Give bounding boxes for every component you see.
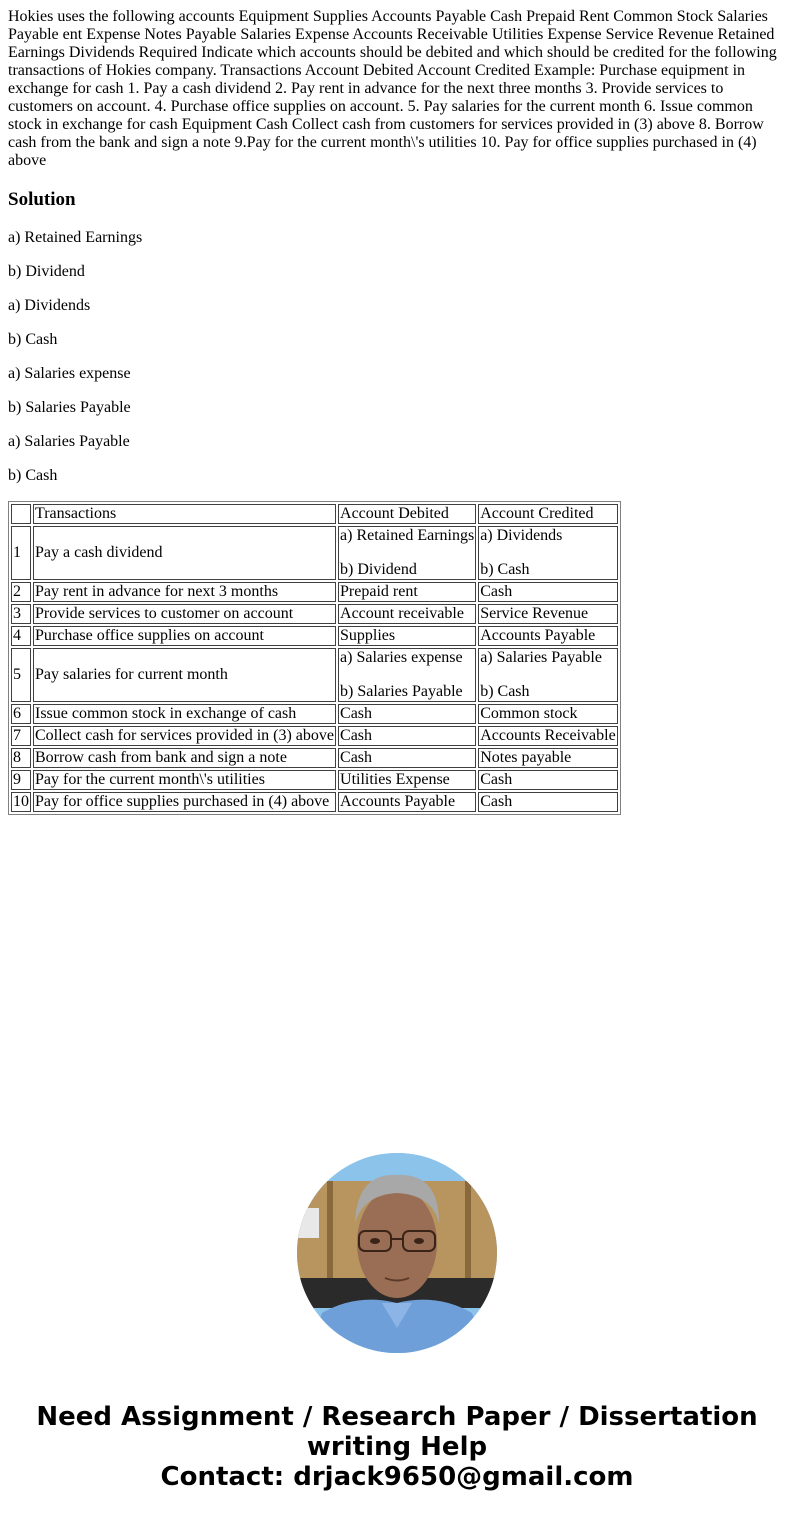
account-debited-cell: Cash bbox=[338, 726, 476, 746]
solution-line: b) Cash bbox=[8, 467, 786, 485]
solution-line: a) Retained Earnings bbox=[8, 229, 786, 247]
row-number: 8 bbox=[11, 748, 31, 768]
solution-line: a) Salaries expense bbox=[8, 365, 786, 383]
row-number: 7 bbox=[11, 726, 31, 746]
document-body: Hokies uses the following accounts Equip… bbox=[0, 0, 794, 815]
table-header-row: Transactions Account Debited Account Cre… bbox=[11, 504, 618, 524]
table-row: 1Pay a cash dividenda) Retained Earnings… bbox=[11, 526, 618, 580]
promo-line-2: writing Help bbox=[0, 1432, 794, 1462]
account-debited-cell: a) Retained Earningsb) Dividend bbox=[338, 526, 476, 580]
table-row: 2Pay rent in advance for next 3 monthsPr… bbox=[11, 582, 618, 602]
credited-entry: b) Cash bbox=[480, 561, 616, 579]
account-debited-cell: Account receivable bbox=[338, 604, 476, 624]
account-credited-cell: a) Dividendsb) Cash bbox=[478, 526, 618, 580]
solution-line: b) Dividend bbox=[8, 263, 786, 281]
question-text: Hokies uses the following accounts Equip… bbox=[8, 8, 786, 170]
transaction-cell: Pay salaries for current month bbox=[33, 648, 336, 702]
promo-banner: Need Assignment / Research Paper / Disse… bbox=[0, 1402, 794, 1492]
account-debited-cell: Utilities Expense bbox=[338, 770, 476, 790]
row-number: 9 bbox=[11, 770, 31, 790]
solution-heading: Solution bbox=[8, 189, 786, 211]
transaction-cell: Pay a cash dividend bbox=[33, 526, 336, 580]
account-credited-cell: Cash bbox=[478, 770, 618, 790]
row-number: 5 bbox=[11, 648, 31, 702]
solution-line: b) Salaries Payable bbox=[8, 399, 786, 417]
header-transactions: Transactions bbox=[33, 504, 336, 524]
table-row: 3Provide services to customer on account… bbox=[11, 604, 618, 624]
table-row: 10Pay for office supplies purchased in (… bbox=[11, 792, 618, 812]
account-credited-cell: Service Revenue bbox=[478, 604, 618, 624]
row-number: 4 bbox=[11, 626, 31, 646]
table-row: 9Pay for the current month\'s utilitiesU… bbox=[11, 770, 618, 790]
credited-entry: b) Cash bbox=[480, 683, 616, 701]
header-account-credited: Account Credited bbox=[478, 504, 618, 524]
row-number: 3 bbox=[11, 604, 31, 624]
debited-entry: a) Retained Earnings bbox=[340, 527, 474, 545]
account-debited-cell: Cash bbox=[338, 704, 476, 724]
solution-lines: a) Retained Earnings b) Dividend a) Divi… bbox=[8, 229, 786, 485]
debited-entry: b) Salaries Payable bbox=[340, 683, 474, 701]
account-credited-cell: Notes payable bbox=[478, 748, 618, 768]
transaction-cell: Pay for the current month\'s utilities bbox=[33, 770, 336, 790]
account-credited-cell: a) Salaries Payableb) Cash bbox=[478, 648, 618, 702]
promo-contact[interactable]: Contact: drjack9650@gmail.com bbox=[0, 1462, 794, 1492]
header-num bbox=[11, 504, 31, 524]
table-row: 4Purchase office supplies on accountSupp… bbox=[11, 626, 618, 646]
author-portrait-icon bbox=[297, 1153, 497, 1353]
transaction-cell: Issue common stock in exchange of cash bbox=[33, 704, 336, 724]
transaction-cell: Provide services to customer on account bbox=[33, 604, 336, 624]
author-avatar bbox=[297, 1153, 497, 1353]
transaction-cell: Purchase office supplies on account bbox=[33, 626, 336, 646]
table-row: 7Collect cash for services provided in (… bbox=[11, 726, 618, 746]
solution-line: a) Dividends bbox=[8, 297, 786, 315]
transaction-cell: Borrow cash from bank and sign a note bbox=[33, 748, 336, 768]
header-account-debited: Account Debited bbox=[338, 504, 476, 524]
debited-entry: a) Salaries expense bbox=[340, 649, 474, 667]
transaction-cell: Collect cash for services provided in (3… bbox=[33, 726, 336, 746]
row-number: 2 bbox=[11, 582, 31, 602]
account-credited-cell: Cash bbox=[478, 792, 618, 812]
row-number: 6 bbox=[11, 704, 31, 724]
credited-entry: a) Salaries Payable bbox=[480, 649, 616, 667]
account-credited-cell: Cash bbox=[478, 582, 618, 602]
solution-line: b) Cash bbox=[8, 331, 786, 349]
table-row: 5Pay salaries for current montha) Salari… bbox=[11, 648, 618, 702]
promo-line-1: Need Assignment / Research Paper / Disse… bbox=[0, 1402, 794, 1432]
row-number: 10 bbox=[11, 792, 31, 812]
transaction-cell: Pay rent in advance for next 3 months bbox=[33, 582, 336, 602]
solution-line: a) Salaries Payable bbox=[8, 433, 786, 451]
table-row: 8Borrow cash from bank and sign a noteCa… bbox=[11, 748, 618, 768]
debited-entry: b) Dividend bbox=[340, 561, 474, 579]
account-debited-cell: a) Salaries expenseb) Salaries Payable bbox=[338, 648, 476, 702]
transaction-cell: Pay for office supplies purchased in (4)… bbox=[33, 792, 336, 812]
account-credited-cell: Accounts Receivable bbox=[478, 726, 618, 746]
credited-entry: a) Dividends bbox=[480, 527, 616, 545]
account-credited-cell: Common stock bbox=[478, 704, 618, 724]
account-debited-cell: Cash bbox=[338, 748, 476, 768]
journal-entries-table: Transactions Account Debited Account Cre… bbox=[8, 501, 621, 815]
row-number: 1 bbox=[11, 526, 31, 580]
account-credited-cell: Accounts Payable bbox=[478, 626, 618, 646]
table-row: 6Issue common stock in exchange of cashC… bbox=[11, 704, 618, 724]
account-debited-cell: Supplies bbox=[338, 626, 476, 646]
account-debited-cell: Prepaid rent bbox=[338, 582, 476, 602]
account-debited-cell: Accounts Payable bbox=[338, 792, 476, 812]
